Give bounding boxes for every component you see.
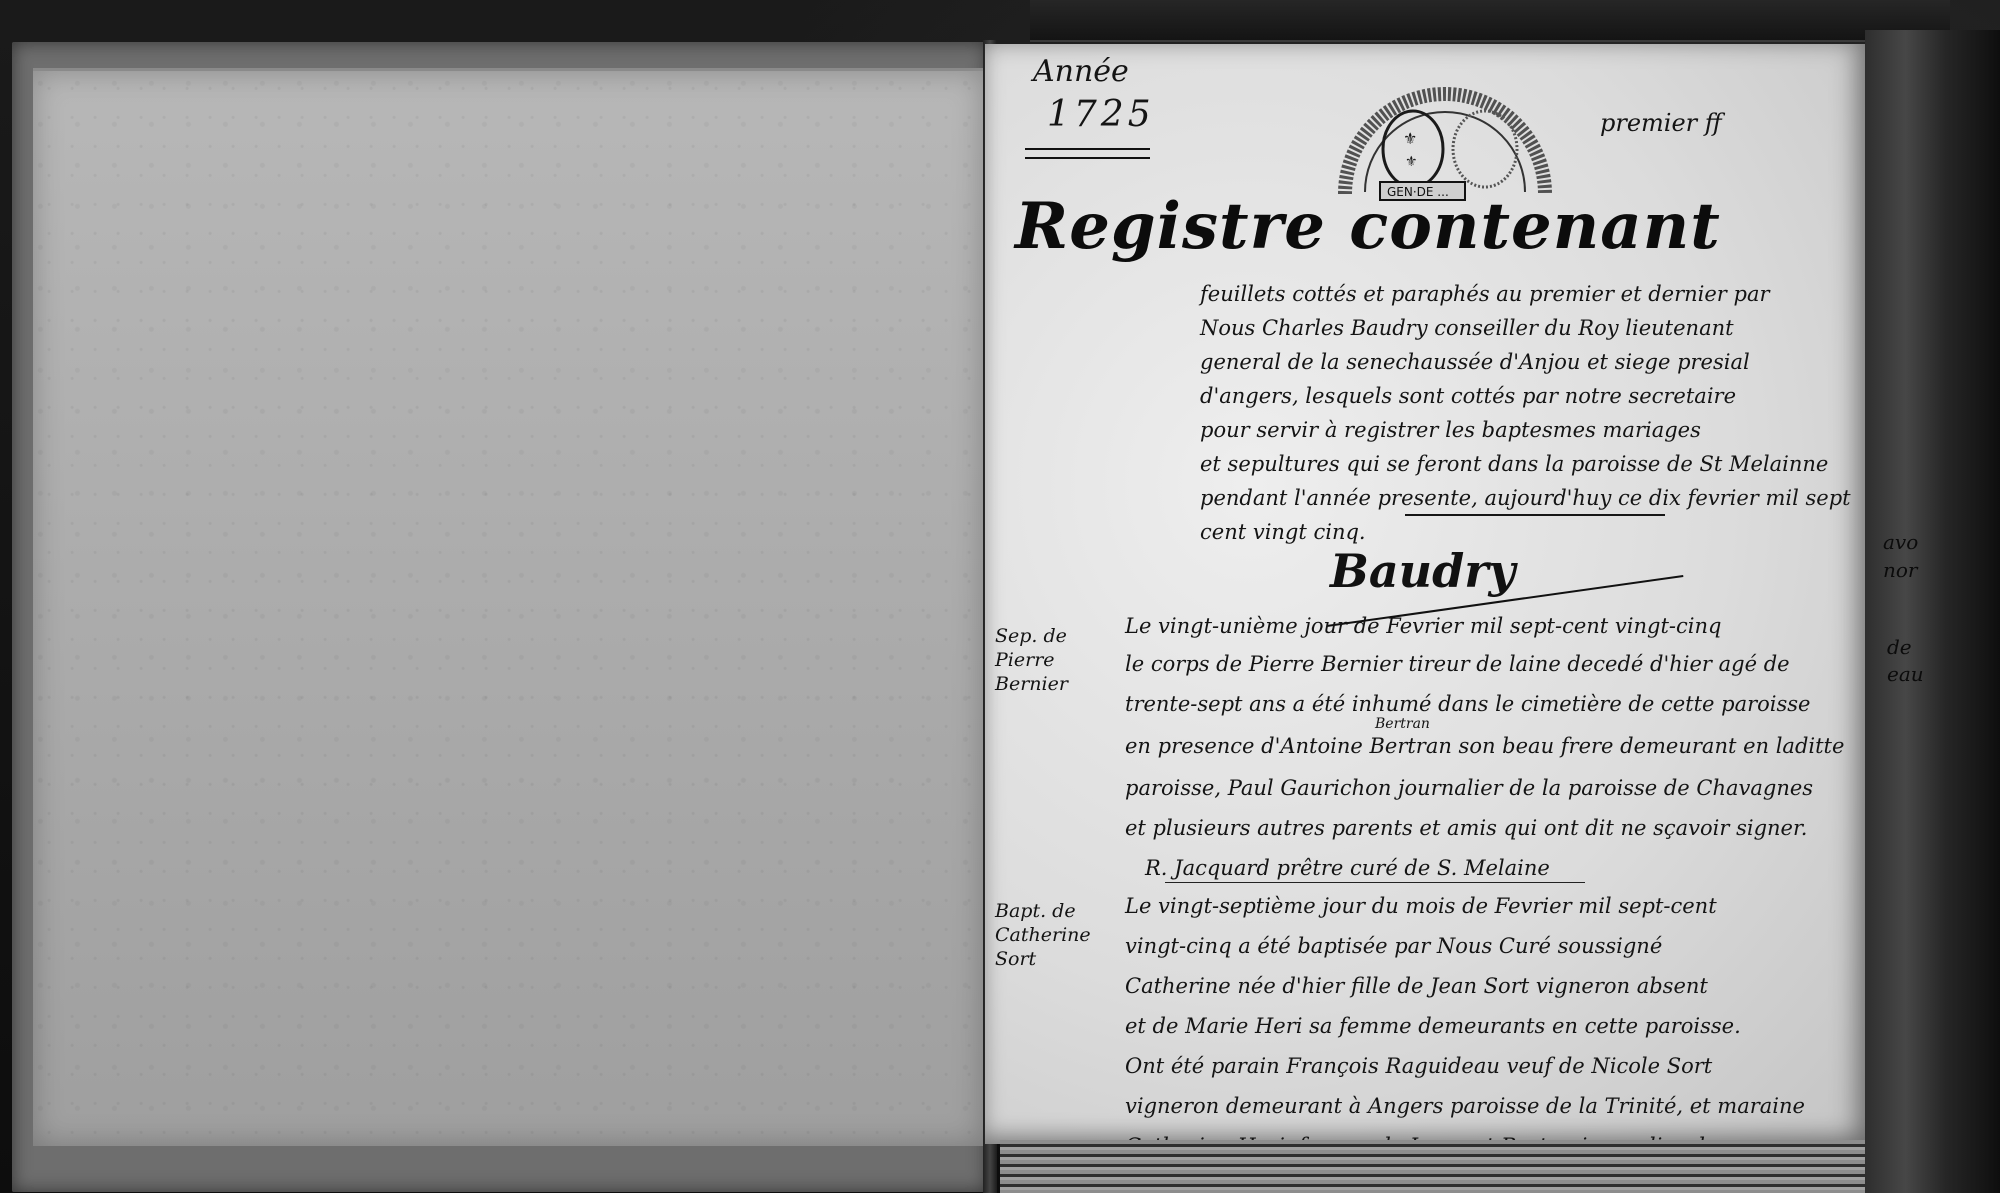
facing-fragment: eau xyxy=(1887,662,1924,686)
entry-line: vigneron demeurant à Angers paroisse de … xyxy=(1125,1094,1805,1118)
preamble-underline xyxy=(1405,514,1665,516)
register-title: Registre contenant xyxy=(1015,189,1721,264)
entry-line: trente-sept ans a été inhumé dans le cim… xyxy=(1125,692,1810,716)
priest-signature: R. Jacquard prêtre curé de S. Melaine xyxy=(1145,856,1550,880)
margin-note-baptism: Bapt. de Catherine Sort xyxy=(995,899,1115,971)
entry-line: Catherine née d'hier fille de Jean Sort … xyxy=(1125,974,1708,998)
entry-line: et de Marie Heri sa femme demeurants en … xyxy=(1125,1014,1741,1038)
register-page: Année 1725 ⚜ ⚜ GEN·DE ... premier ff Reg… xyxy=(985,44,1869,1144)
folio-note: premier ff xyxy=(1600,109,1722,137)
binding-top-edge xyxy=(1030,0,1950,42)
preamble-line: Nous Charles Baudry conseiller du Roy li… xyxy=(1200,316,1734,340)
official-signature: Baudry xyxy=(1330,544,1515,598)
entry-line: paroisse, Paul Gaurichon journalier de l… xyxy=(1125,776,1813,800)
fiscal-seal-stamp-icon: ⚜ ⚜ GEN·DE ... xyxy=(1325,64,1565,204)
preamble-line: cent vingt cinq. xyxy=(1200,520,1366,544)
svg-text:⚜: ⚜ xyxy=(1403,129,1417,148)
left-endpaper xyxy=(33,68,983,1146)
facing-fragment: de xyxy=(1887,635,1912,659)
entry-line: Le vingt-septième jour du mois de Fevrie… xyxy=(1125,894,1717,918)
page-block-edge xyxy=(1000,1140,1870,1193)
margin-note-burial: Sep. de Pierre Bernier xyxy=(995,624,1115,696)
svg-text:⚜: ⚜ xyxy=(1405,154,1418,170)
preamble-line: feuillets cottés et paraphés au premier … xyxy=(1200,282,1770,306)
entry-line: le corps de Pierre Bernier tireur de lai… xyxy=(1125,652,1790,676)
facing-fragment: avo xyxy=(1883,530,1918,554)
entry-line: vingt-cinq a été baptisée par Nous Curé … xyxy=(1125,934,1662,958)
entry-line: en presence d'Antoine Bertran son beau f… xyxy=(1125,734,1844,758)
interlinear-insertion: Bertran xyxy=(1375,716,1430,732)
facing-fragment: nor xyxy=(1883,558,1917,582)
preamble-line: pendant l'année presente, aujourd'huy ce… xyxy=(1200,486,1851,510)
entry-line: Ont été parain François Raguideau veuf d… xyxy=(1125,1054,1712,1078)
preamble-line: d'angers, lesquels sont cottés par notre… xyxy=(1200,384,1736,408)
year-value: 1725 xyxy=(1047,94,1155,135)
entry-line: et plusieurs autres parents et amis qui … xyxy=(1125,816,1807,840)
preamble-line: general de la senechaussée d'Anjou et si… xyxy=(1200,350,1750,374)
preamble-line: pour servir à registrer les baptesmes ma… xyxy=(1200,418,1701,442)
entry-separator xyxy=(1165,882,1585,883)
year-label: Année xyxy=(1033,54,1129,89)
entry-line: Le vingt-unième jour de Fevrier mil sept… xyxy=(1125,614,1721,638)
facing-page-edge: avo nor de eau xyxy=(1865,30,2000,1193)
preamble-line: et sepultures qui se feront dans la paro… xyxy=(1200,452,1828,476)
year-double-rule xyxy=(1025,148,1150,159)
